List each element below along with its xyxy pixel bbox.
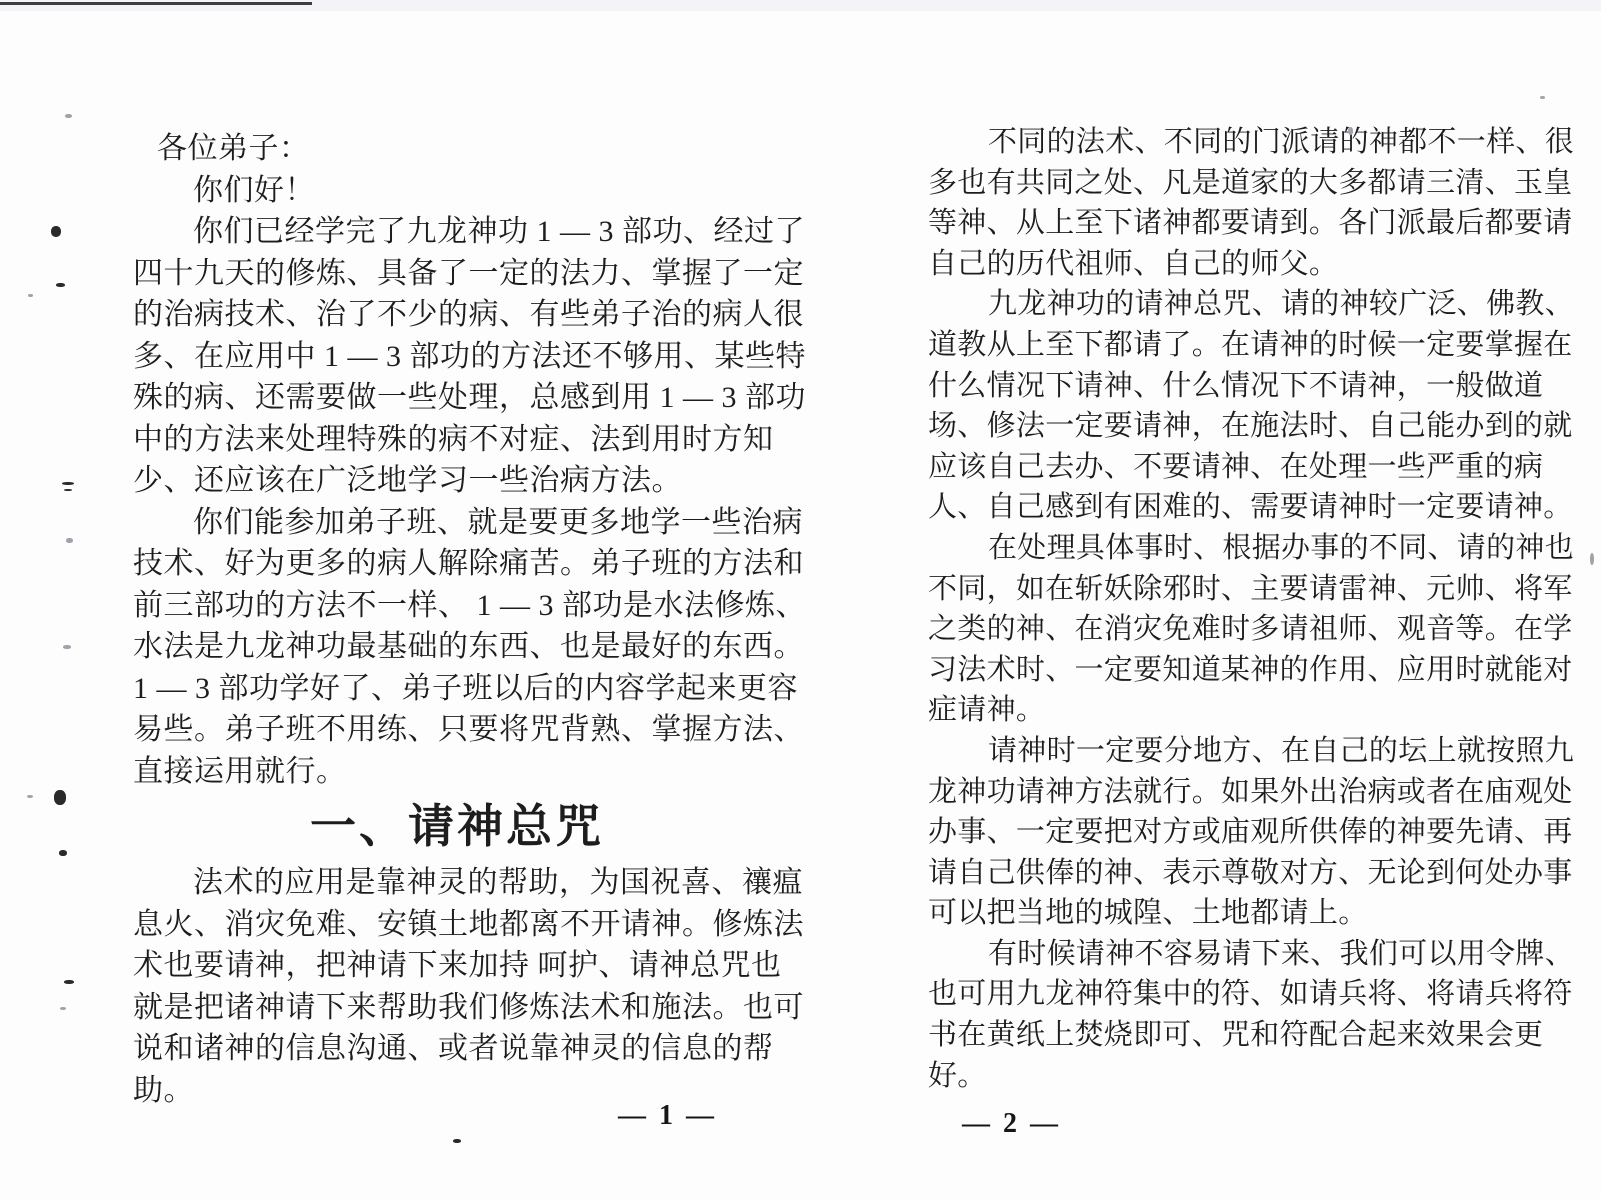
left-paragraph-1: 各位弟子： 你们好！ 你们已经学完了九龙神功 1 — 3 部功、经过了 四十九天… (133, 128, 809, 792)
text-line: 自己的历代祖师、自己的师父。 (928, 244, 1580, 285)
text-line: 可以把当地的城隍、土地都请上。 (928, 893, 1580, 934)
right-page-number: — 2 — (962, 1108, 1061, 1140)
scan-speck (64, 489, 72, 491)
scan-speck (56, 283, 65, 287)
text-line: 前三部功的方法不一样、 1 — 3 部功是水法修炼、 (133, 585, 809, 627)
scan-speck (63, 645, 71, 649)
text-line: 你们已经学完了九龙神功 1 — 3 部功、经过了 (133, 211, 809, 253)
text-line: 就是把诸神请下来帮助我们修炼法术和施法。也可 (133, 987, 809, 1029)
right-page-text: 不同的法术、不同的门派请的神都不一样、很 多也有共同之处、凡是道家的大多都请三清… (928, 122, 1580, 1096)
text-line: 1 — 3 部功学好了、弟子班以后的内容学起来更容 (133, 668, 809, 710)
text-line: 殊的病、还需要做一些处理，总感到用 1 — 3 部功 (133, 377, 809, 419)
scan-speck (59, 850, 67, 856)
text-line: 多也有共同之处、凡是道家的大多都请三清、玉皇 (928, 163, 1580, 204)
text-line: 你们好！ (133, 170, 809, 212)
text-line: 息火、消灾免难、安镇土地都离不开请神。修炼法 (133, 904, 809, 946)
scan-speck (453, 1139, 461, 1143)
scan-speck (28, 294, 33, 297)
left-paragraph-2: 法术的应用是靠神灵的帮助，为国祝喜、禳瘟 息火、消灾免难、安镇土地都离不开请神。… (133, 862, 809, 1111)
scan-speck (1540, 96, 1545, 99)
scan-speck (54, 790, 66, 805)
text-line: 人、自己感到有困难的、需要请神时一定要请神。 (928, 487, 1580, 528)
text-line: 场、修法一定要请神，在施法时、自己能办到的就 (928, 406, 1580, 447)
scan-artifact-line (0, 2, 312, 5)
left-page-text: 各位弟子： 你们好！ 你们已经学完了九龙神功 1 — 3 部功、经过了 四十九天… (133, 128, 809, 1111)
text-line: 习法术时、一定要知道某神的作用、应用时就能对 (928, 650, 1580, 691)
section-heading: 一、请神总咒 (119, 792, 795, 862)
scan-speck (27, 795, 33, 798)
text-line: 易些。弟子班不用练、只要将咒背熟、掌握方法、 (133, 709, 809, 751)
text-line: 不同，如在斩妖除邪时、主要请雷神、元帅、将军 (928, 569, 1580, 610)
text-line: 有时候请神不容易请下来、我们可以用令牌、 (928, 934, 1580, 975)
text-line: 龙神功请神方法就行。如果外出治病或者在庙观处 (928, 772, 1580, 813)
scan-speck (60, 1007, 66, 1010)
text-line: 什么情况下请神、什么情况下不请神，一般做道 (928, 366, 1580, 407)
text-line: 也可用九龙神符集中的符、如请兵将、将请兵将符 (928, 974, 1580, 1015)
book-spread: 各位弟子： 你们好！ 你们已经学完了九龙神功 1 — 3 部功、经过了 四十九天… (0, 0, 1601, 1199)
text-line: 四十九天的修炼、具备了一定的法力、掌握了一定 (133, 253, 809, 295)
text-line: 水法是九龙神功最基础的东西、也是最好的东西。 (133, 626, 809, 668)
scan-speck (66, 538, 73, 543)
text-line: 书在黄纸上焚烧即可、咒和符配合起来效果会更 (928, 1015, 1580, 1056)
scan-speck (62, 482, 74, 485)
text-line: 少、还应该在广泛地学习一些治病方法。 (133, 460, 809, 502)
text-line: 症请神。 (928, 690, 1580, 731)
scan-speck (64, 980, 74, 984)
text-line: 请神时一定要分地方、在自己的坛上就按照九 (928, 731, 1580, 772)
text-line: 等神、从上至下诸神都要请到。各门派最后都要请 (928, 203, 1580, 244)
scan-speck (1590, 553, 1594, 565)
text-line: 技术、好为更多的病人解除痛苦。弟子班的方法和 (133, 543, 809, 585)
scan-speck (65, 114, 72, 118)
text-line: 中的方法来处理特殊的病不对症、法到用时方知 (133, 419, 809, 461)
text-line: 直接运用就行。 (133, 751, 809, 793)
text-line: 道教从上至下都请了。在请神的时候一定要掌握在 (928, 325, 1580, 366)
text-line: 术也要请神，把神请下来加持 呵护、请神总咒也 (133, 945, 809, 987)
text-line: 九龙神功的请神总咒、请的神较广泛、佛教、 (928, 284, 1580, 325)
right-paragraphs: 不同的法术、不同的门派请的神都不一样、很 多也有共同之处、凡是道家的大多都请三清… (928, 122, 1580, 1096)
text-line: 请自己供俸的神、表示尊敬对方、无论到何处办事 (928, 853, 1580, 894)
text-line: 多、在应用中 1 — 3 部功的方法还不够用、某些特 (133, 336, 809, 378)
text-line: 好。 (928, 1056, 1580, 1097)
text-line: 的治病技术、治了不少的病、有些弟子治的病人很 (133, 294, 809, 336)
text-line: 各位弟子： (133, 128, 809, 170)
text-line: 不同的法术、不同的门派请的神都不一样、很 (928, 122, 1580, 163)
text-line: 你们能参加弟子班、就是要更多地学一些治病 (133, 502, 809, 544)
left-page-number: — 1 — (618, 1100, 717, 1132)
text-line: 办事、一定要把对方或庙观所供俸的神要先请、再 (928, 812, 1580, 853)
text-line: 之类的神、在消灾免难时多请祖师、观音等。在学 (928, 609, 1580, 650)
text-line: 在处理具体事时、根据办事的不同、请的神也 (928, 528, 1580, 569)
text-line: 应该自己去办、不要请神、在处理一些严重的病 (928, 447, 1580, 488)
scan-speck (1348, 127, 1353, 135)
scan-speck (51, 226, 61, 237)
text-line: 说和诸神的信息沟通、或者说靠神灵的信息的帮 (133, 1028, 809, 1070)
text-line: 法术的应用是靠神灵的帮助，为国祝喜、禳瘟 (133, 862, 809, 904)
